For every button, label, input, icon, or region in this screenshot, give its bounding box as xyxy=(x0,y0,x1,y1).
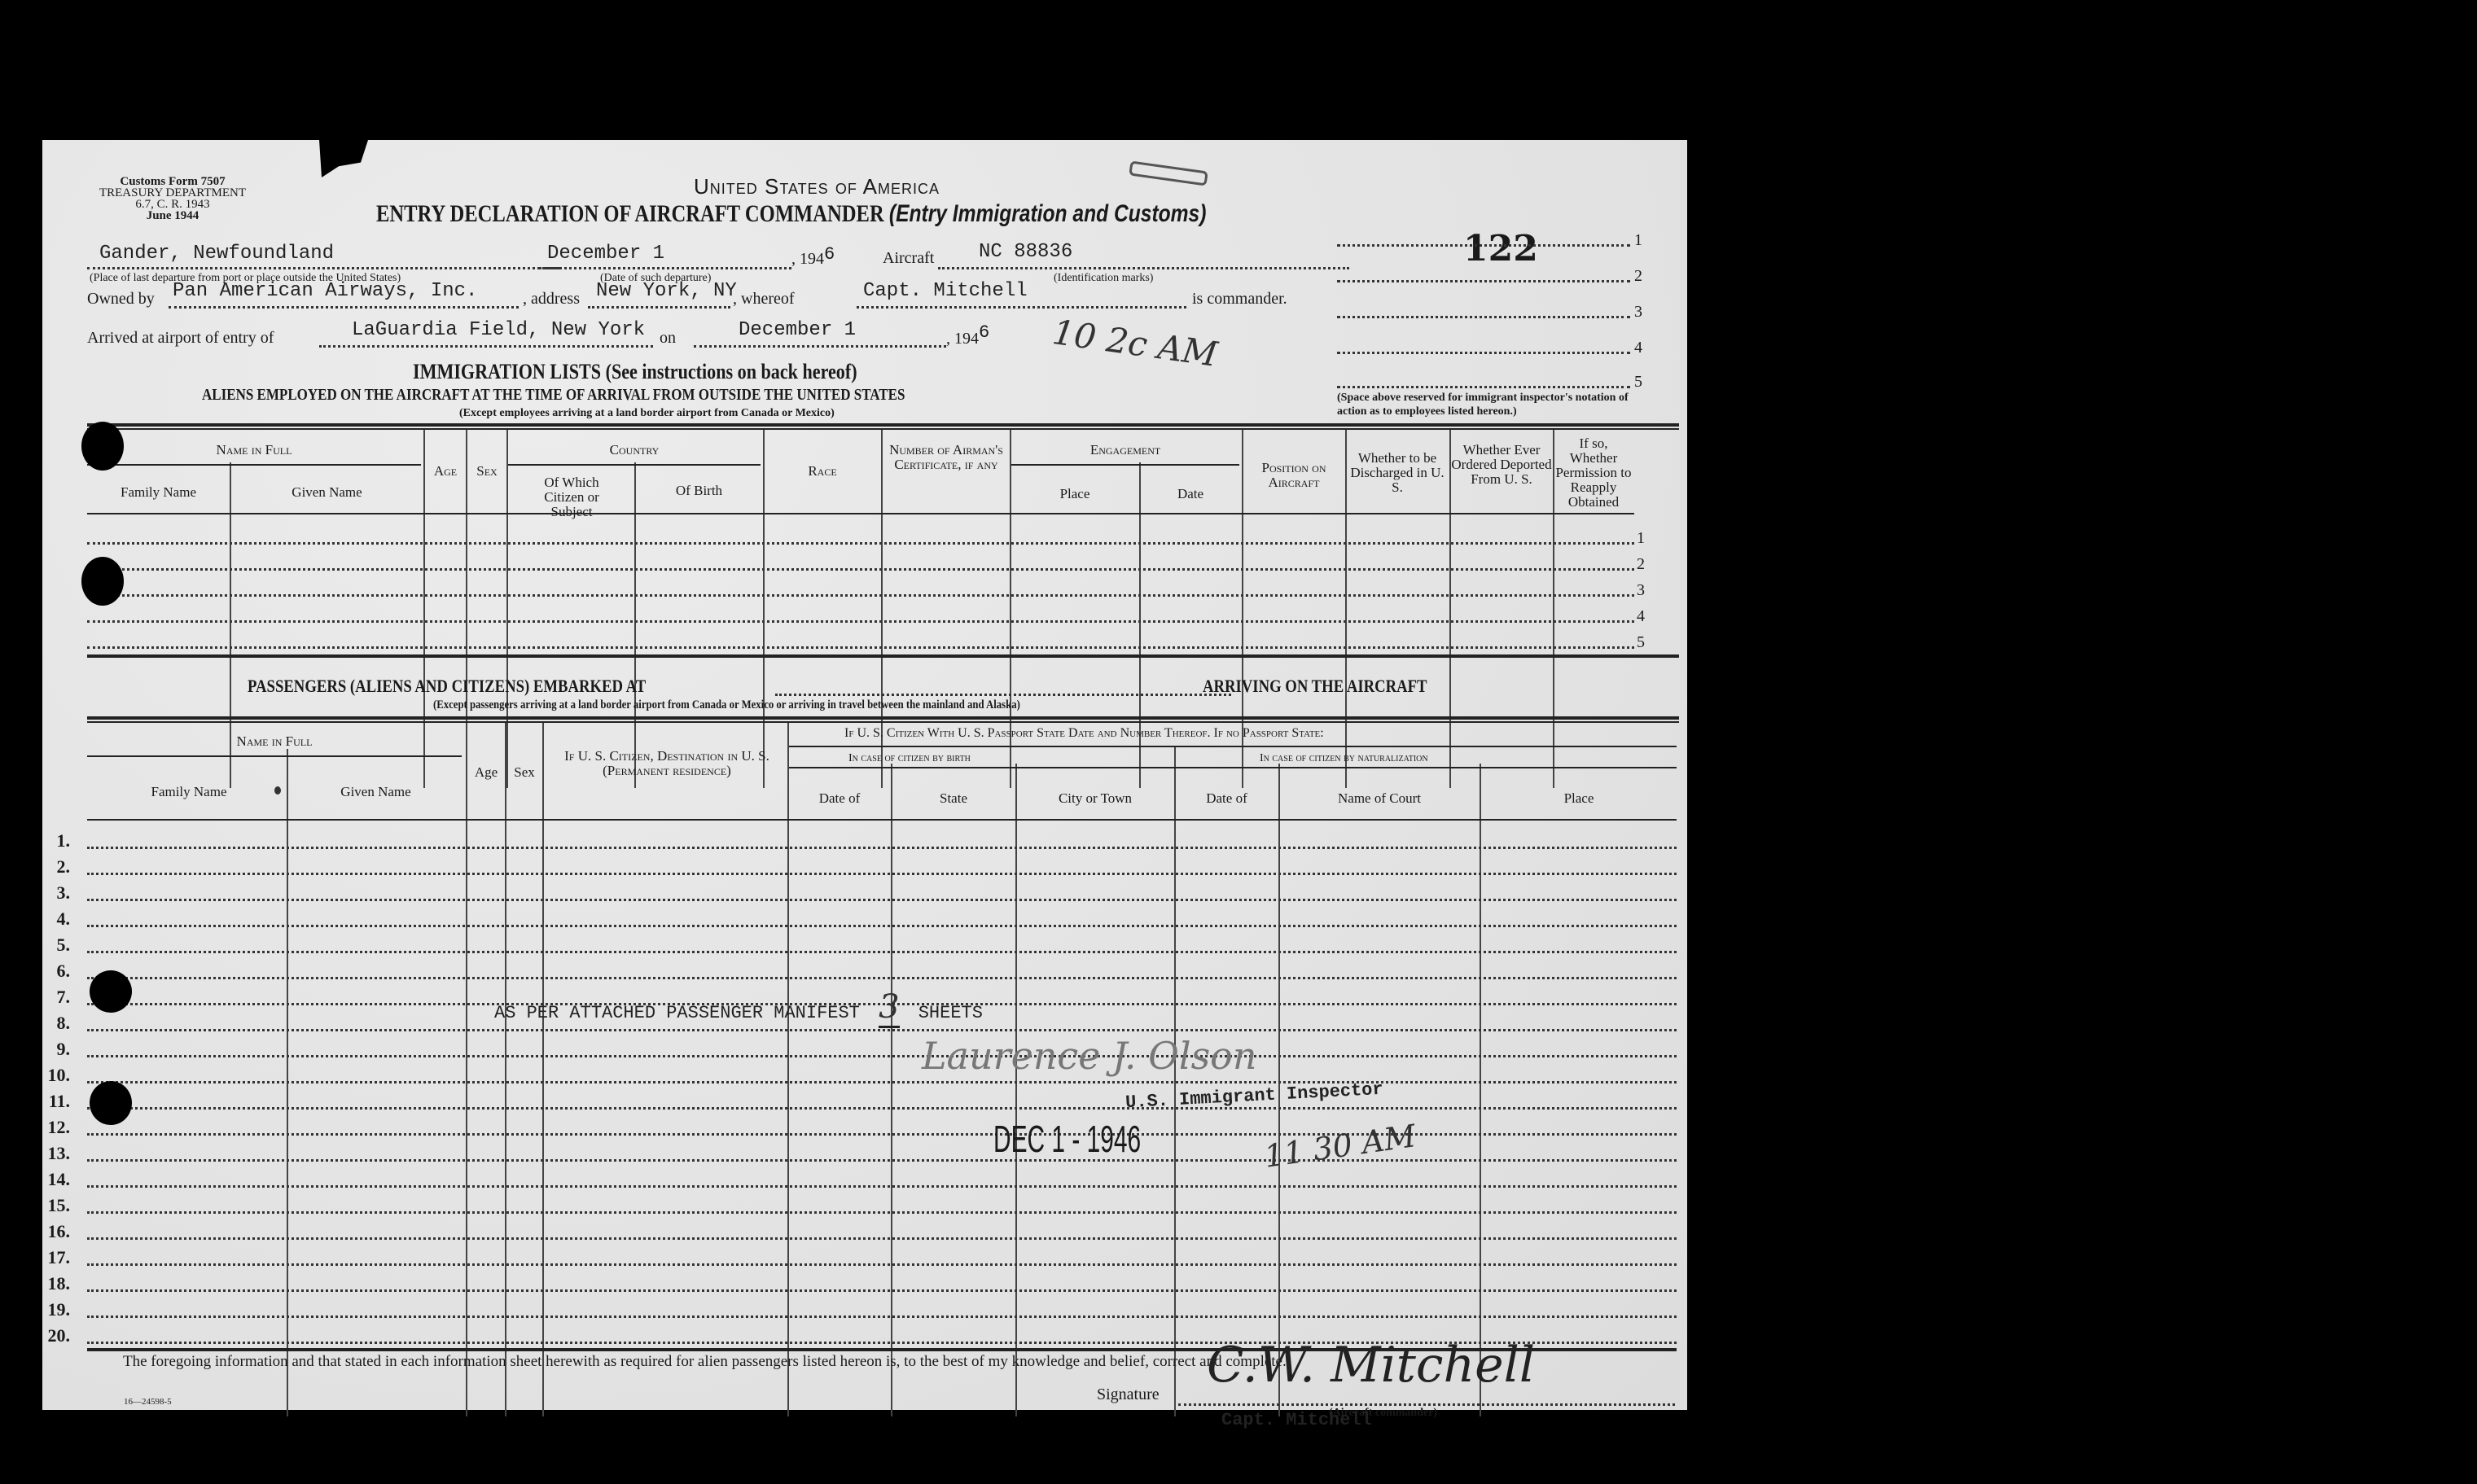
passenger-row xyxy=(87,1107,1677,1110)
passenger-row xyxy=(87,847,1677,849)
passenger-row xyxy=(87,1055,1677,1057)
aliens-subtitle: ALIENS EMPLOYED ON THE AIRCRAFT AT THE T… xyxy=(202,386,905,405)
binder-hole xyxy=(81,422,124,471)
binder-hole xyxy=(90,1081,132,1125)
passenger-row xyxy=(87,1237,1677,1240)
passenger-row xyxy=(87,1029,1677,1031)
commander-typed-name: Capt. Mitchell xyxy=(1221,1410,1372,1430)
passengers-col-birth-date: Date of xyxy=(789,791,890,806)
passengers-col-city: City or Town xyxy=(1017,791,1173,806)
print-code: 16—24598-5 xyxy=(124,1397,172,1407)
arrival-year: , 1946 xyxy=(946,329,989,349)
passengers-note: (Except passengers arriving at a land bo… xyxy=(433,698,1020,712)
arrival-date-value: December 1 xyxy=(739,319,856,341)
inspector-signature: Laurence J. Olson xyxy=(922,1034,1257,1078)
aircraft-label: Aircraft xyxy=(883,249,934,268)
passenger-row xyxy=(87,1289,1677,1292)
country-title: United States of America xyxy=(694,174,940,199)
stamp-time-handwritten: 11 30 AM xyxy=(1262,1118,1418,1175)
aliens-col-given-name: Given Name xyxy=(231,485,423,500)
aliens-col-birth-country: Of Birth xyxy=(636,484,762,498)
passengers-group-by-naturalization: In case of citizen by naturalization xyxy=(1260,752,1428,765)
binder-hole xyxy=(90,970,132,1013)
aliens-group-name: Name in Full xyxy=(87,443,421,457)
form-number-stamp: 122 xyxy=(1463,228,1538,269)
passengers-col-state: State xyxy=(892,791,1015,806)
passenger-row xyxy=(87,951,1677,953)
manifest-note: AS PER ATTACHED PASSENGER MANIFEST 3 SHE… xyxy=(494,988,983,1026)
passenger-row xyxy=(87,899,1677,901)
passenger-row xyxy=(87,1081,1677,1083)
signature-label: Signature xyxy=(1097,1386,1160,1404)
form-id-line: June 1944 xyxy=(83,210,262,221)
aliens-col-eng-date: Date xyxy=(1141,487,1240,501)
aliens-col-age: Age xyxy=(425,464,466,479)
aliens-row xyxy=(87,542,1634,545)
commander-value: Capt. Mitchell xyxy=(863,280,1028,302)
passenger-row xyxy=(87,1211,1677,1214)
aliens-col-eng-place: Place xyxy=(1011,487,1138,501)
passengers-col-nat-date: Date of xyxy=(1176,791,1278,806)
passengers-col-place: Place xyxy=(1481,791,1677,806)
passengers-col-destination: If U. S. Citizen, Destination in U. S. (… xyxy=(549,749,785,778)
arrival-time-handwritten: 10 2c AM xyxy=(1050,312,1221,374)
torn-corner xyxy=(319,140,368,177)
main-title: ENTRY DECLARATION OF AIRCRAFT COMMANDER … xyxy=(376,200,1206,228)
main-title-text: ENTRY DECLARATION OF AIRCRAFT COMMANDER xyxy=(376,200,884,227)
form-id-line: 6.7, C. R. 1943 xyxy=(83,199,262,210)
form-id-line: Customs Form 7507 xyxy=(83,176,262,187)
aliens-col-discharged: Whether to be Discharged in U. S. xyxy=(1347,451,1448,495)
departure-year: , 1946 xyxy=(791,249,835,269)
aliens-row xyxy=(87,620,1634,623)
immigration-lists-title: IMMIGRATION LISTS (See instructions on b… xyxy=(413,360,857,384)
passenger-row xyxy=(87,1315,1677,1318)
passenger-row xyxy=(87,977,1677,979)
paper-clip-mark xyxy=(1129,160,1208,186)
departure-place-value: Gander, Newfoundland xyxy=(99,243,334,265)
passengers-group-passport: If U. S. Citizen With U. S. Passport Sta… xyxy=(844,726,1324,741)
commander-signature: C.W. Mitchell xyxy=(1207,1337,1535,1394)
aliens-col-reapply: If so, Whether Permission to Reapply Obt… xyxy=(1555,436,1632,510)
aliens-col-deported: Whether Ever Ordered Deported From U. S. xyxy=(1451,443,1552,487)
document-page: Customs Form 7507 TREASURY DEPARTMENT 6.… xyxy=(42,140,1687,1410)
aircraft-value: NC 88836 xyxy=(979,241,1072,263)
bullet-dot xyxy=(274,786,281,795)
passengers-col-age: Age xyxy=(467,765,505,780)
manifest-sheet-count: 3 xyxy=(879,988,899,1028)
main-title-sub: (Entry Immigration and Customs) xyxy=(889,200,1207,227)
form-id-line: TREASURY DEPARTMENT xyxy=(83,187,262,199)
passenger-row xyxy=(87,873,1677,875)
aliens-col-family-name: Family Name xyxy=(87,485,230,500)
passengers-col-given-name: Given Name xyxy=(288,785,463,799)
passengers-group-by-birth: In case of citizen by birth xyxy=(848,752,971,765)
passenger-row xyxy=(87,1159,1677,1162)
passengers-group-name: Name in Full xyxy=(87,734,462,749)
passengers-title-right: ARRIVING ON THE AIRCRAFT xyxy=(1203,676,1427,697)
arrival-on-label: on xyxy=(660,329,676,348)
aliens-row xyxy=(87,568,1634,571)
aliens-note: (Except employees arriving at a land bor… xyxy=(459,407,835,420)
aircraft-sublabel: (Identification marks) xyxy=(1054,272,1153,285)
aliens-row xyxy=(87,594,1634,597)
passenger-row xyxy=(87,1263,1677,1266)
passenger-row xyxy=(87,1185,1677,1188)
address-label: , address xyxy=(523,290,580,309)
passenger-row xyxy=(87,1133,1677,1136)
aliens-col-position: Position on Aircraft xyxy=(1246,461,1342,490)
passengers-col-family-name: Family Name xyxy=(107,785,270,799)
arrival-airport-label: Arrived at airport of entry of xyxy=(87,329,274,348)
inspector-space-note: (Space above reserved for immigrant insp… xyxy=(1337,391,1638,418)
arrival-airport-value: LaGuardia Field, New York xyxy=(352,319,645,341)
passengers-col-court: Name of Court xyxy=(1280,791,1479,806)
passengers-title-left: PASSENGERS (ALIENS AND CITIZENS) EMBARKE… xyxy=(248,676,646,697)
aliens-col-sex: Sex xyxy=(467,464,506,479)
aliens-col-certificate: Number of Airman's Certificate, if any xyxy=(889,443,1003,472)
address-value: New York, NY xyxy=(596,280,737,302)
departure-date-value: December 1 xyxy=(547,243,664,265)
whereof-label: , whereof xyxy=(733,290,795,309)
passengers-col-sex: Sex xyxy=(506,765,542,780)
binder-hole xyxy=(81,557,124,606)
passenger-row xyxy=(87,925,1677,927)
owned-by-label: Owned by xyxy=(87,290,155,309)
aliens-col-race: Race xyxy=(765,464,880,479)
date-stamp: DEC 1 - 1946 xyxy=(993,1117,1141,1161)
commander-suffix: is commander. xyxy=(1192,290,1287,309)
owned-by-value: Pan American Airways, Inc. xyxy=(173,280,477,302)
aliens-group-country: Country xyxy=(508,443,761,457)
aliens-row xyxy=(87,646,1634,649)
form-id-block: Customs Form 7507 TREASURY DEPARTMENT 6.… xyxy=(83,176,262,221)
aliens-group-engagement: Engagement xyxy=(1011,443,1239,457)
